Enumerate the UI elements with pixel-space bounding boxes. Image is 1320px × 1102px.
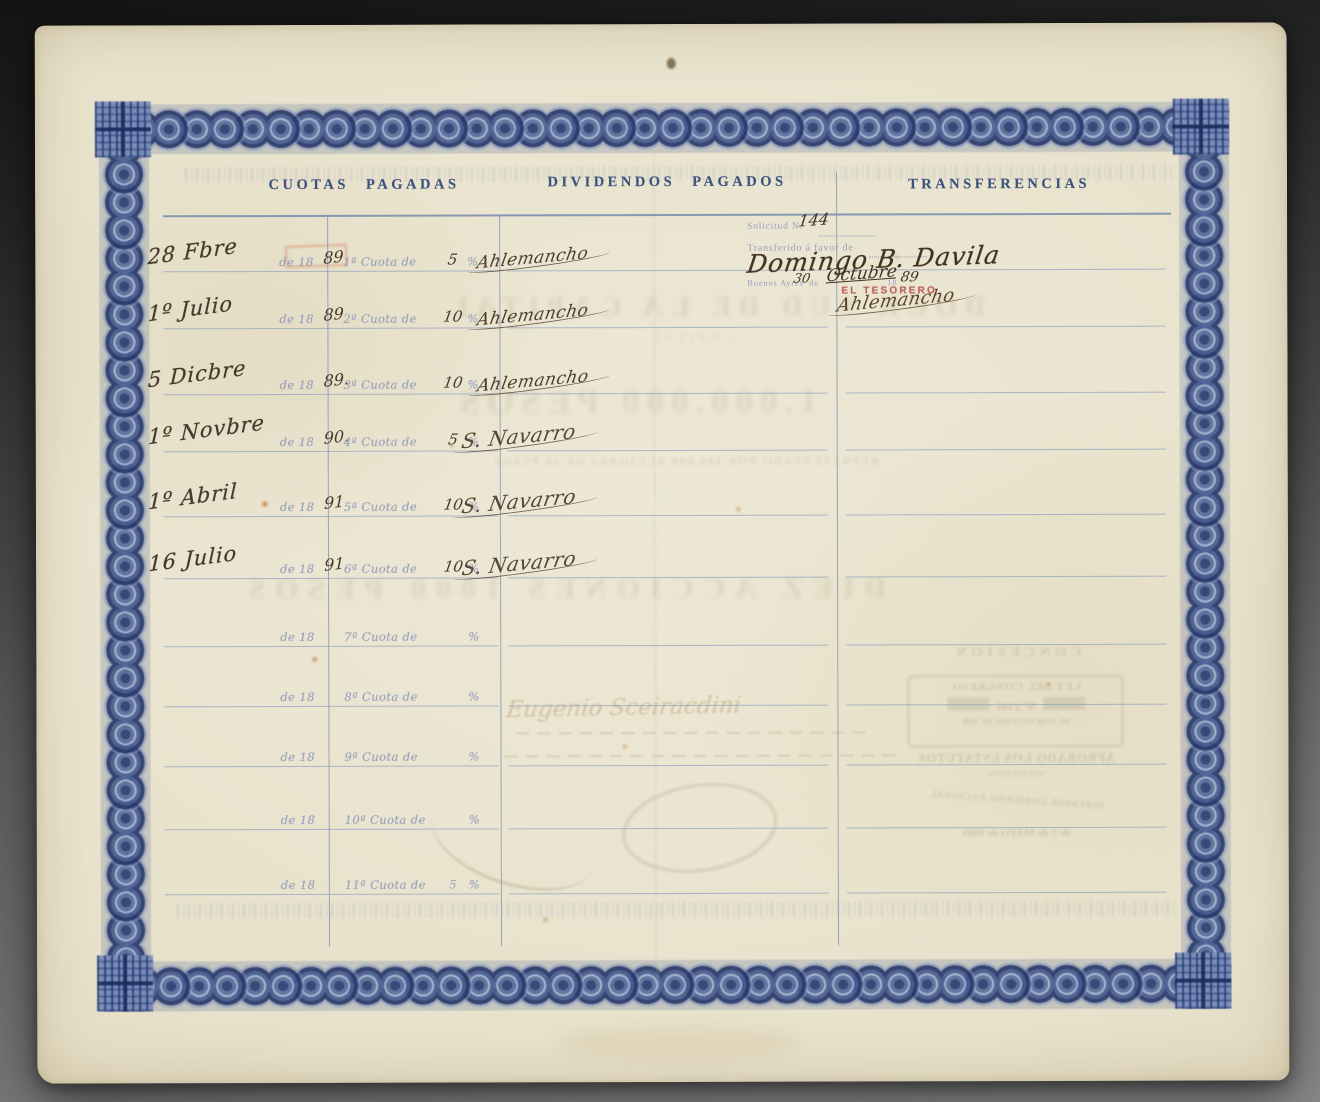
row-rule <box>164 515 498 517</box>
handwritten-date: 1º Abril <box>148 479 238 514</box>
row-rule <box>846 576 1166 578</box>
handwritten-percent: 10 <box>438 374 469 392</box>
ghost-frame <box>907 675 1123 748</box>
printed-cuota-label: 8ª Cuota de <box>344 690 417 704</box>
lace-corner-bottom-left <box>97 955 153 1011</box>
paper-stain <box>1046 682 1050 686</box>
printed-cuota-label: 9ª Cuota de <box>345 750 418 764</box>
row-rule <box>509 765 829 767</box>
handwritten-year: 89 <box>323 247 344 268</box>
cuotas-inner-divider <box>327 215 330 947</box>
row-rule <box>847 764 1167 766</box>
handwritten-signature: Ahlemancho <box>476 366 591 396</box>
row-rule <box>165 765 499 767</box>
ghost-concesion-line: LEY DEL CONGRESO <box>891 681 1141 694</box>
printed-cuota-label: 5ª Cuota de <box>344 500 417 514</box>
cuota-row-7: de 18 7ª Cuota de % <box>36 643 1288 646</box>
printed-cuota-label: 2ª Cuota de <box>343 312 416 326</box>
handwritten-signature: S. Navarro <box>460 419 578 454</box>
row-rule <box>507 327 827 329</box>
paper-stain <box>667 58 676 69</box>
printed-cuota-label: 7ª Cuota de <box>344 630 417 644</box>
de-label: de <box>809 278 819 288</box>
handwritten-year: 89 <box>323 304 344 325</box>
row-rule <box>164 577 498 579</box>
printed-de18: de 18 <box>281 878 316 892</box>
handwritten-signature: S. Navarro <box>460 546 578 581</box>
ghost-concesion-line: de 2 de MAYO de 1889 <box>892 827 1142 840</box>
ghost-concesion-line: DE 13 DE OCTUBRE DE 1888 <box>891 717 1141 727</box>
row-rule <box>165 893 499 895</box>
column-header-cuotas: CUOTAS PAGADAS <box>269 177 460 194</box>
paper-stain <box>543 917 548 922</box>
row-rule <box>509 893 829 895</box>
dividendos-transferencias-divider <box>836 172 839 946</box>
fold-crease <box>653 152 659 990</box>
row-rule <box>508 705 828 707</box>
ghost-concesion-line: CONCESION <box>891 645 1141 662</box>
lace-corner-top-left <box>95 101 151 157</box>
ghost-bottom-band <box>177 901 1177 919</box>
paper-stain <box>312 657 317 662</box>
lace-border-right <box>1179 102 1231 1009</box>
solicitud-label: Solicitud N. <box>747 222 803 232</box>
column-header-transferencias: TRANSFERENCIAS <box>908 176 1090 193</box>
printed-de18: de 18 <box>280 500 315 514</box>
row-rule <box>847 827 1167 829</box>
header-rule <box>163 213 1171 218</box>
cuota-row-9: de 18 9ª Cuota de % <box>37 763 1289 766</box>
percent-sign: % <box>468 689 479 703</box>
row-rule <box>509 828 829 830</box>
handwritten-signature: Ahlemancho <box>475 300 590 330</box>
cuota-row-4: 1º Novbre de 18 90. 4ª Cuota de 5 % S. N… <box>36 448 1288 451</box>
handwritten-year: 89 <box>899 269 920 285</box>
handwritten-date: 16 Julio <box>148 541 238 576</box>
row-rule <box>164 645 498 647</box>
lace-border-top <box>99 102 1229 155</box>
handwritten-date: 28 Fbre <box>147 234 238 270</box>
ghost-represent-line: REPRESENTADO POR 100.000 ACCIONES DE 10 … <box>466 455 906 468</box>
printed-de18: de 18 <box>280 378 315 392</box>
row-rule <box>508 645 828 647</box>
cuota-row-11: de 18 11ª Cuota de 5 % <box>37 891 1289 894</box>
printed-cuota-label: 4ª Cuota de <box>344 435 417 449</box>
percent-sign: % <box>468 629 479 643</box>
handwritten-date: 1º Novbre <box>148 410 266 449</box>
ghost-script-line <box>516 731 866 734</box>
lace-border-bottom <box>101 959 1231 1012</box>
row-rule <box>164 393 498 395</box>
paper-stain <box>895 255 899 259</box>
lace-border-left <box>99 104 151 1011</box>
cuota-row-5: 1º Abril de 18 91 5ª Cuota de 10 % S. Na… <box>36 513 1288 516</box>
handwritten-percent: 10 <box>437 308 468 326</box>
printed-percent-value: 5 <box>439 878 467 892</box>
cuota-row-8: de 18 8ª Cuota de % <box>36 703 1288 706</box>
handwritten-date: 1º Julio <box>147 291 233 326</box>
handwritten-signature: S. Navarro <box>460 484 578 519</box>
paper-stain <box>262 501 268 507</box>
row-rule <box>846 704 1166 706</box>
row-rule <box>508 393 828 395</box>
printed-de18: de 18 <box>280 562 315 576</box>
row-rule <box>163 270 497 272</box>
ghost-concesion-line: Nº 2346 <box>891 699 1141 715</box>
cuota-row-6: 16 Julio de 18 91 6ª Cuota de 10 % S. Na… <box>36 575 1288 578</box>
ghost-concesion-line: POR DECRETO <box>892 769 1142 779</box>
row-rule <box>508 577 828 579</box>
row-rule <box>164 705 498 707</box>
cuota-row-2: 1º Julio de 18 89 2ª Cuota de 10 % Ahlem… <box>35 325 1287 328</box>
row-rule <box>164 450 498 452</box>
percent-sign: % <box>469 877 480 891</box>
printed-de18: de 18 <box>280 630 315 644</box>
percent-sign: % <box>469 749 480 763</box>
printed-cuota-label: 1ª Cuota de <box>343 255 416 269</box>
column-header-dividendos: DIVIDENDOS PAGADOS <box>547 174 786 192</box>
cuota-row-3: 5 Dicbre de 18 89. 3ª Cuota de 10 % Ahle… <box>36 391 1288 394</box>
cuota-row-10: de 18 10ª Cuota de % <box>37 826 1289 829</box>
cuota-row-1: 28 Fbre de 18 89 1ª Cuota de 5 % Ahleman… <box>35 268 1287 271</box>
handwritten-year: 91 <box>324 492 345 513</box>
percent-sign: % <box>469 812 480 826</box>
ghost-capital-word: CAPITAL <box>595 330 785 345</box>
paper-stain <box>623 744 628 749</box>
paper-stain <box>736 507 741 512</box>
handwritten-date: 5 Dicbre <box>148 356 247 393</box>
paper-stain <box>450 444 454 448</box>
row-rule <box>508 450 828 452</box>
row-rule <box>508 515 828 517</box>
printed-cuota-label: 11ª Cuota de <box>345 878 426 892</box>
stamp-dotted-line <box>819 234 875 236</box>
ghost-holder-name: Eugenio Sceiracdini <box>505 691 848 724</box>
transfer-record: Solicitud N. 144 Transferido á favor de … <box>35 22 1287 25</box>
solicitud-number: 144 <box>797 209 830 230</box>
row-rule <box>846 514 1166 516</box>
row-rule <box>163 327 497 329</box>
printed-de18: de 18 <box>280 435 315 449</box>
lace-corner-bottom-right <box>1175 953 1231 1009</box>
handwritten-percent: 5 <box>437 251 468 269</box>
row-rule <box>846 392 1166 394</box>
ghost-concesion-line: SUPERIOR GOBIERNO NACIONAL <box>892 787 1142 814</box>
handwritten-year: 91 <box>324 554 345 575</box>
printed-de18: de 18 <box>281 750 316 764</box>
handwritten-signature: Ahlemancho <box>475 243 590 273</box>
printed-cuota-label: 10ª Cuota de <box>345 813 426 827</box>
printed-de18: de 18 <box>279 312 314 326</box>
paper-stain <box>557 1026 797 1061</box>
printed-cuota-label: 3ª Cuota de <box>344 378 417 392</box>
printed-de18: de 18 <box>280 690 315 704</box>
row-rule <box>845 326 1165 328</box>
printed-de18: de 18 <box>279 255 314 269</box>
row-rule <box>165 828 499 830</box>
printed-cuota-label: 6ª Cuota de <box>344 562 417 576</box>
lace-corner-top-right <box>1173 99 1229 155</box>
row-rule <box>846 449 1166 451</box>
row-rule <box>847 892 1167 894</box>
certificate-back-page: DOCK SUD DE LA CAPITAL CAPITAL 1.000.000… <box>35 22 1290 1083</box>
row-rule <box>846 644 1166 646</box>
printed-de18: de 18 <box>281 813 316 827</box>
